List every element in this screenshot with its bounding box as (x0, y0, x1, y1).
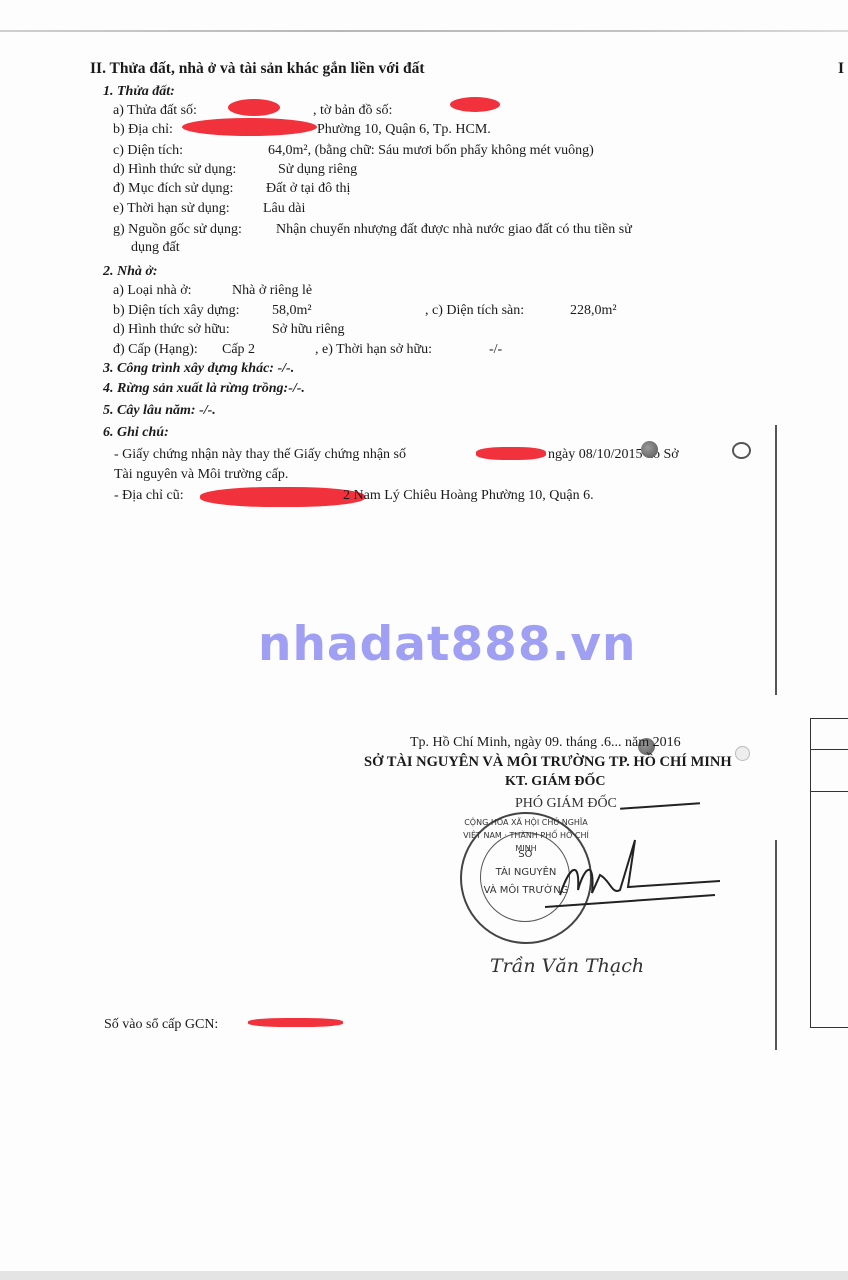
house-grade-label: đ) Cấp (Hạng): (113, 342, 198, 358)
redaction-map-number (450, 97, 500, 112)
margin-rule (775, 840, 777, 1050)
signature-stroke (620, 802, 700, 809)
other-construction: 3. Công trình xây dựng khác: -/-. (103, 361, 294, 377)
house-term-label: , e) Thời hạn sở hữu: (315, 342, 432, 358)
land-parcel-label: a) Thửa đất số: (113, 103, 197, 119)
land-map-label: , tờ bản đồ số: (313, 103, 392, 119)
section-title: II. Thửa đất, nhà ở và tài sản khác gắn … (90, 60, 425, 78)
punch-hole (641, 441, 658, 458)
land-address-value: Phường 10, Quận 6, Tp. HCM. (317, 122, 491, 138)
punch-hole (732, 442, 751, 459)
page-bottom-edge (0, 1271, 848, 1280)
house-build-area-value: 58,0m² (272, 303, 312, 319)
notes-line2: Tài nguyên và Môi trường cấp. (114, 467, 288, 483)
land-use-form-label: d) Hình thức sử dụng: (113, 162, 236, 178)
issuing-agency: SỞ TÀI NGUYÊN VÀ MÔI TRƯỜNG TP. HỒ CHÍ M… (364, 754, 732, 771)
margin-mark: I (838, 60, 844, 78)
notes-old-address-label: - Địa chỉ cũ: (114, 488, 184, 504)
house-heading: 2. Nhà ở: (103, 264, 158, 280)
land-heading: 1. Thửa đất: (103, 84, 175, 100)
redaction-old-address (200, 487, 365, 507)
redaction-address (182, 118, 317, 136)
margin-rule (775, 425, 777, 695)
notes-heading: 6. Ghi chú: (103, 425, 169, 441)
house-grade-value: Cấp 2 (222, 342, 255, 358)
land-origin-value-cont: dụng đất (131, 240, 180, 256)
land-term-label: e) Thời hạn sử dụng: (113, 201, 230, 217)
perennial-trees: 5. Cây lâu năm: -/-. (103, 403, 216, 419)
land-address-label: b) Địa chỉ: (113, 122, 173, 138)
house-ownership-label: d) Hình thức sở hữu: (113, 322, 230, 338)
margin-table (810, 718, 848, 1028)
land-use-form-value: Sử dụng riêng (278, 162, 357, 178)
watermark: nhadat888.vn (258, 617, 637, 672)
land-origin-label: g) Nguồn gốc sử dụng: (113, 222, 242, 238)
land-purpose-value: Đất ở tại đô thị (266, 181, 350, 197)
house-ownership-value: Sở hữu riêng (272, 322, 345, 338)
notes-old-address-value: 2 Nam Lý Chiêu Hoàng Phường 10, Quận 6. (343, 488, 594, 504)
house-type-value: Nhà ở riêng lẻ (232, 283, 312, 299)
notes-line1-b: ngày 08/10/2015 do Sở (548, 447, 679, 463)
registry-label: Số vào sổ cấp GCN: (104, 1017, 218, 1033)
land-area-value: 64,0m², (bằng chữ: Sáu mươi bốn phẩy khô… (268, 143, 594, 159)
house-floor-area-value: 228,0m² (570, 303, 617, 319)
signer-name: Trần Văn Thạch (490, 955, 644, 977)
signature (540, 835, 720, 910)
redaction-parcel-number (228, 99, 280, 116)
notes-line1-a: - Giấy chứng nhận này thay thế Giấy chứn… (114, 447, 406, 463)
punch-hole (735, 746, 750, 761)
position-label: PHÓ GIÁM ĐỐC (515, 796, 617, 812)
redaction-registry-number (248, 1018, 343, 1027)
house-type-label: a) Loại nhà ở: (113, 283, 192, 299)
house-term-value: -/- (489, 342, 502, 358)
production-forest: 4. Rừng sản xuất là rừng trồng:-/-. (103, 381, 305, 397)
land-origin-value: Nhận chuyển nhượng đất được nhà nước gia… (276, 222, 632, 238)
page-fold-edge (0, 30, 848, 32)
house-build-area-label: b) Diện tích xây dựng: (113, 303, 240, 319)
land-area-label: c) Diện tích: (113, 143, 183, 159)
redaction-old-certificate-number (476, 447, 546, 460)
place-date: Tp. Hồ Chí Minh, ngày 09. tháng .6... nă… (410, 735, 681, 751)
on-behalf-label: KT. GIÁM ĐỐC (505, 774, 605, 790)
house-floor-area-label: , c) Diện tích sàn: (425, 303, 524, 319)
land-term-value: Lâu dài (263, 201, 305, 217)
land-purpose-label: đ) Mục đích sử dụng: (113, 181, 233, 197)
